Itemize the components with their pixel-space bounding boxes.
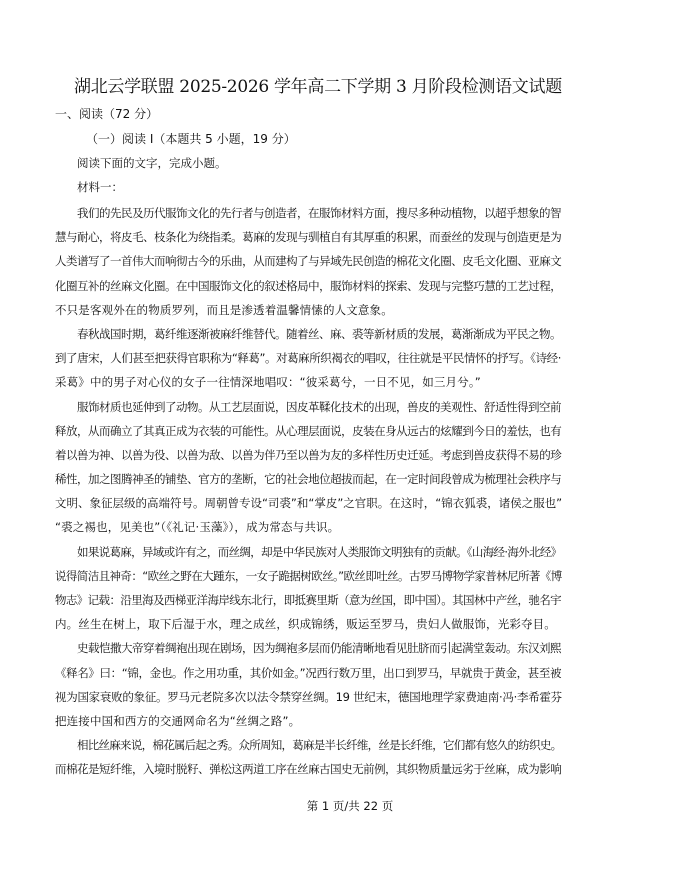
passage-line: 采葛》中的男子对心仪的女子一往情深地唱叹：“彼采葛兮，一日不见，如三月兮。” [55, 370, 565, 394]
passage-line: 化圈互补的丝麻文化圈。在中国服饰文化的叙述格局中，服饰材料的探索、发现与完整巧慧… [55, 274, 565, 298]
passage-line: 服饰材质也延伸到了动物。从工艺层面说，因皮革鞣化技术的出现，兽皮的美观性、舒适性… [55, 395, 565, 419]
passage-line: 春秋战国时期，葛纤维逐渐被麻纤维替代。随着丝、麻、裘等新材质的发展，葛渐渐成为平… [55, 322, 565, 346]
passage-line: 释放，从而确立了其真正成为衣装的可能性。从心理层面说，皮装在身从远古的炫耀到今日… [55, 419, 565, 443]
passage-body: 我们的先民及历代服饰文化的先行者与创造者，在服饰材料方面，搜尽多种动植物，以超乎… [55, 201, 565, 782]
passage-line: 慧与耐心，将皮毛、枝条化为绕指柔。葛麻的发现与驯植自有其厚重的积累，而蚕丝的发现… [55, 225, 565, 249]
passage-line: 人类谱写了一首伟大而响彻古今的乐曲，从而建构了与异域先民创造的棉花文化圈、皮毛文… [55, 249, 565, 273]
passage-line: 《释名》曰：“锦，金也。作之用功重，其价如金。”况西行数万里，出口到罗马，早就贵… [55, 661, 565, 685]
passage-line: 着以兽为神、以兽为役、以兽为敌、以兽为伴乃至以兽为友的多样性历史迁延。考虑到兽皮… [55, 443, 565, 467]
instruction-text: 阅读下面的文字，完成小题。 [77, 153, 227, 173]
subsection-heading: （一）阅读 I（本题共 5 小题，19 分） [86, 129, 296, 149]
passage-line: “裘之裼也，见美也”（《礼记·玉藻》），成为常态与共识。 [55, 515, 565, 539]
passage-line: 说得简洁且神奇：“欧丝之野在大踵东，一女子跪据树欧丝。”欧丝即吐丝。古罗马博物学… [55, 564, 565, 588]
passage-line: 而棉花是短纤维，入境时脱籽、弹松这两道工序在丝麻古国史无前例，其织物质量远劣于丝… [55, 757, 565, 781]
passage-line: 相比丝麻来说，棉花属后起之秀。众所周知，葛麻是半长纤维，丝是长纤维，它们都有悠久… [55, 733, 565, 757]
passage-line: 我们的先民及历代服饰文化的先行者与创造者，在服饰材料方面，搜尽多种动植物，以超乎… [55, 201, 565, 225]
passage-line: 把连接中国和西方的交通网命名为“丝绸之路”。 [55, 709, 565, 733]
passage-line: 稀性，加之图腾神圣的铺垫、官方的垄断，它的社会地位超拔而起，在一定时间段曾成为梳… [55, 467, 565, 491]
passage-line: 视为国家衰败的象征。罗马元老院多次以法令禁穿丝绸。19 世纪末，德国地理学家费迪… [55, 685, 565, 709]
passage-line: 内。丝生在树上，取下后湿于水，理之成丝，织成锦绣，贩运至罗马，贵妇人做服饰，光彩… [55, 612, 565, 636]
page-footer: 第 1 页/共 22 页 [0, 798, 700, 814]
page-number: 第 1 页/共 22 页 [307, 798, 393, 814]
passage-line: 不只是客观外在的物质罗列，而且是渗透着温馨情愫的人文意象。 [55, 298, 565, 322]
material-label: 材料一： [77, 177, 123, 197]
section-heading: 一、阅读（72 分） [55, 104, 158, 124]
passage-line: 到了唐宋，人们甚至把获得官职称为“释葛”。对葛麻所织褐衣的唱叹，往往就是平民情怀… [55, 346, 565, 370]
passage-line: 文明、象征层级的高端符号。周朝曾专设“司裘”和“掌皮”之官职。在这时，“锦衣狐裘… [55, 491, 565, 515]
passage-line: 史载恺撒大帝穿着绸袍出现在剧场，因为绸袍多层而仍能清晰地看见肚脐而引起满堂轰动。… [55, 636, 565, 660]
exam-title: 湖北云学联盟 2025-2026 学年高二下学期 3 月阶段检测语文试题 [74, 76, 634, 98]
passage-line: 物志》记载：沿里海及西梯亚洋海岸线东北行，即抵赛里斯（意为丝国，即中国）。其国林… [55, 588, 565, 612]
document-page: 湖北云学联盟 2025-2026 学年高二下学期 3 月阶段检测语文试题 一、阅… [0, 0, 700, 878]
passage-line: 如果说葛麻，异域或许有之，而丝绸，却是中华民族对人类服饰文明独有的贡献。《山海经… [55, 540, 565, 564]
